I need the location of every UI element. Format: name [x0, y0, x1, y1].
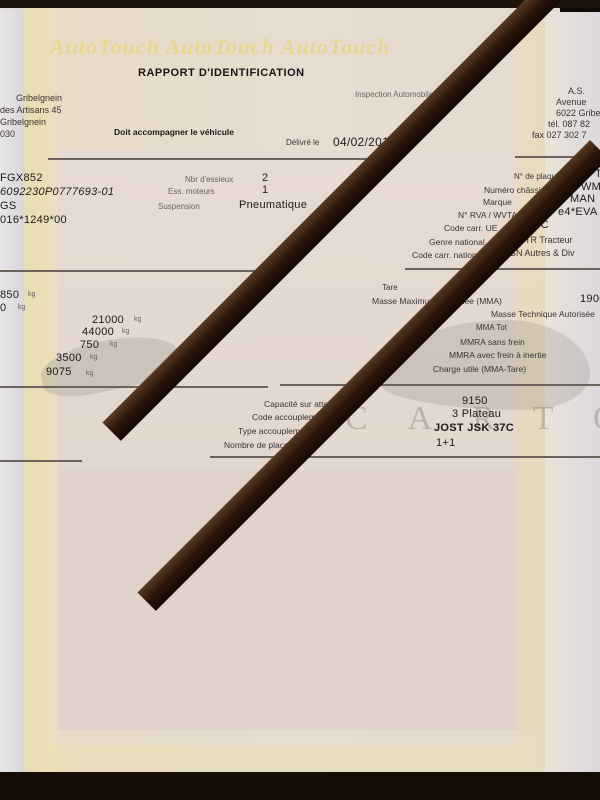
divider [405, 268, 600, 270]
payload-label: Charge utile (MMA-Tare) [433, 364, 526, 374]
document-subtitle: Doit accompagner le véhicule [114, 127, 234, 137]
mass-left-2: 0 [0, 302, 6, 314]
divider [0, 460, 82, 462]
owner-line-1: Gribelgnein [16, 93, 62, 103]
national-type-label: Genre national [429, 237, 485, 247]
make-value: MAN [570, 193, 595, 205]
mass-value-3: 750 [80, 339, 99, 351]
tare-label: Tare [382, 283, 398, 292]
code-value: GS [0, 200, 17, 212]
mma-tot-label: MMA Tot [476, 323, 507, 332]
mass-unit-1: kg [134, 316, 141, 323]
divider [48, 158, 388, 160]
divider [0, 386, 268, 388]
mass-value-1: 21000 [92, 314, 124, 326]
rva-label: N° RVA / WVTA [458, 210, 517, 220]
office-line-2: Avenue [556, 97, 586, 107]
ref-value: 016*1249*00 [0, 214, 67, 226]
document-title: RAPPORT D'IDENTIFICATION [138, 67, 305, 79]
technical-mass-label: Masse Technique Autorisée [491, 309, 595, 319]
mass-left-1: 850 [0, 289, 19, 301]
mass-unit-4: kg [90, 354, 97, 361]
divider [0, 270, 272, 272]
divider [210, 456, 600, 458]
axles-label: Nbr d'essieux [185, 175, 233, 184]
suspension-value: Pneumatique [239, 199, 307, 211]
inspector-label: Inspection Automobile [355, 90, 433, 99]
office-line-3: 6022 Gribel [556, 108, 600, 118]
national-type-value: TR Tracteur [525, 235, 573, 245]
issued-label: Délivré le [286, 138, 319, 147]
owner-line-2: des Artisans 45 [0, 105, 62, 115]
mass-value-4: 3500 [56, 352, 82, 364]
mass-left-1-unit: kg [28, 291, 35, 298]
mass-unit-3: kg [110, 341, 117, 348]
background-edge [0, 0, 600, 8]
owner-line-4: 030 [0, 129, 15, 139]
mmra-inertia-brake-label: MMRA avec frein à inertie [449, 350, 546, 360]
axles-value: 2 [262, 172, 268, 184]
mass-left-2-unit: kg [18, 304, 25, 311]
plate-value: FGX852 [0, 172, 43, 184]
mass-unit-5: kg [86, 370, 93, 377]
background-edge [0, 772, 600, 800]
mass-value-2: 44000 [82, 326, 114, 338]
coupling-type-value: JOST JSK 37C [434, 422, 514, 434]
mmra-no-brake-label: MMRA sans frein [460, 337, 525, 347]
office-line-1: A.S. [568, 86, 585, 96]
coupling-capacity-value: 9150 [462, 395, 488, 407]
divider [280, 384, 600, 386]
seats-value: 1+1 [436, 437, 456, 449]
driven-axles-value: 1 [262, 184, 268, 196]
suspension-label: Suspension [158, 202, 200, 211]
make-label: Marque [483, 197, 512, 207]
rva-value: e4*EVA [558, 206, 598, 218]
national-body-code-value: GN Autres & Div [509, 248, 575, 258]
office-fax: fax 027 302 7 [532, 130, 587, 140]
mass-unit-2: kg [122, 328, 129, 335]
eu-body-code-label: Code carr. UE [444, 223, 497, 233]
owner-line-3: Gribelgnein [0, 117, 46, 127]
document-photo: AutoTouch AutoTouch AutoTouch RAPPORT D'… [0, 0, 600, 800]
mma-value: 1900 [580, 293, 600, 305]
chassis-value: 6092230P0777693-01 [0, 186, 114, 198]
driven-axles-label: Ess. moteurs [168, 187, 215, 196]
mass-value-5: 9075 [46, 366, 72, 378]
office-phone: tél. 087 82 [548, 119, 590, 129]
coupling-code-value: 3 Plateau [452, 408, 501, 420]
security-banner: AutoTouch AutoTouch AutoTouch [50, 34, 540, 60]
